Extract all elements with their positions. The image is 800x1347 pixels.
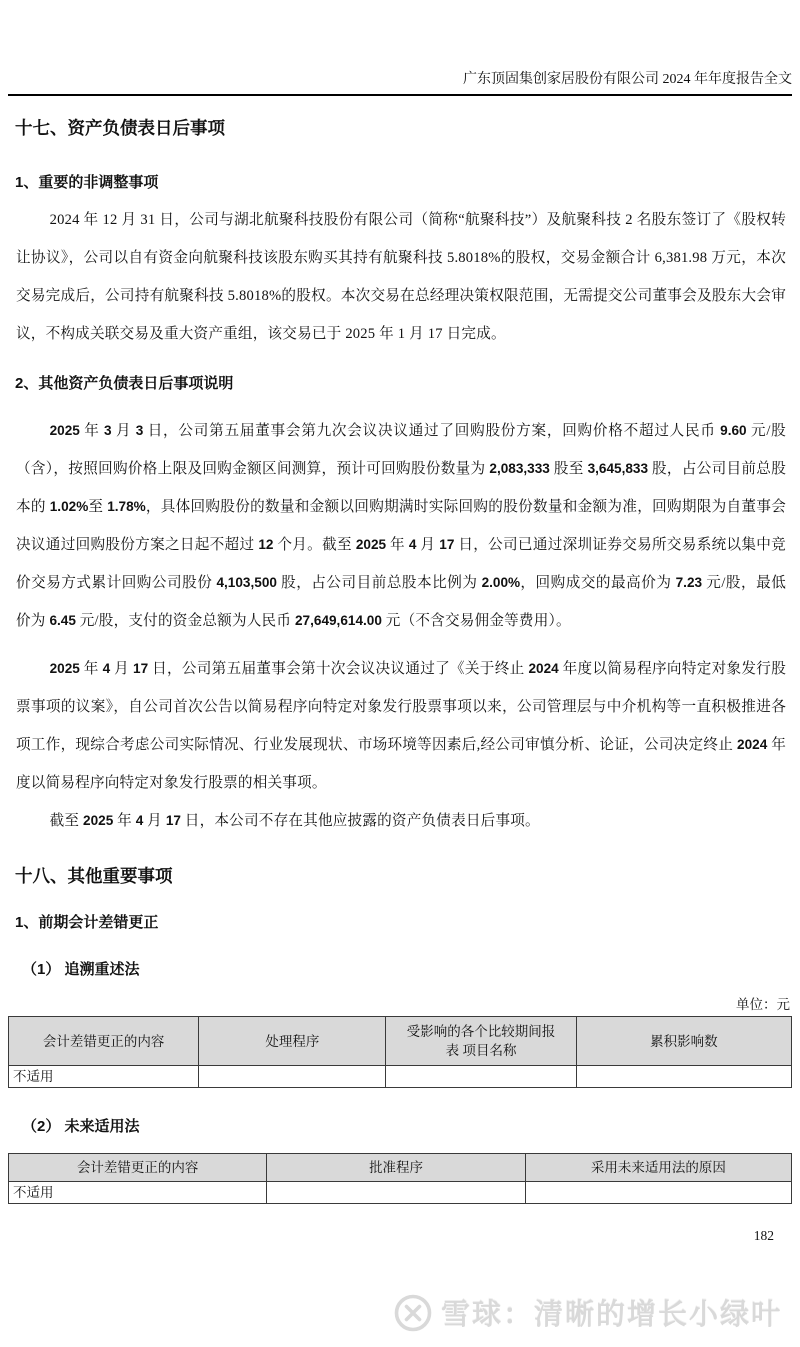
header-rule	[8, 94, 792, 96]
item-1-retrospective-restatement-title: （1） 追溯重述法	[22, 959, 800, 980]
paragraph-terminate-issuance: 2025 年 4 月 17 日，公司第五届董事会第十次会议决议通过了《关于终止 …	[16, 650, 786, 802]
table-row: 不适用	[9, 1066, 792, 1088]
section-18-title: 十八、其他重要事项	[15, 864, 800, 888]
watermark-text: 雪球：清晰的增长小绿叶	[441, 1292, 782, 1333]
column-header: 受影响的各个比较期间报表 项目名称	[386, 1017, 576, 1066]
table-row: 不适用	[9, 1182, 792, 1204]
column-header: 处理程序	[199, 1017, 386, 1066]
table-cell: 不适用	[9, 1066, 199, 1088]
table-cell	[267, 1182, 525, 1204]
column-header: 会计差错更正的内容	[9, 1154, 267, 1182]
section-17-sub1-title: 1、重要的非调整事项	[15, 172, 800, 193]
report-page: { "page": { "header": "广东顶固集创家居股份有限公司 20…	[0, 0, 800, 1347]
table-header-row: 会计差错更正的内容 处理程序 受影响的各个比较期间报表 项目名称 累积影响数	[9, 1017, 792, 1066]
column-header: 会计差错更正的内容	[9, 1017, 199, 1066]
unit-label: 单位：元	[0, 996, 790, 1014]
table-cell	[199, 1066, 386, 1088]
retrospective-restatement-table: 会计差错更正的内容 处理程序 受影响的各个比较期间报表 项目名称 累积影响数 不…	[8, 1016, 792, 1088]
table-cell: 不适用	[9, 1182, 267, 1204]
xueqiu-watermark: 雪球：清晰的增长小绿叶	[393, 1292, 782, 1333]
section-17-title: 十七、资产负债表日后事项	[15, 116, 800, 140]
section-17-sub2-title: 2、其他资产负债表日后事项说明	[15, 373, 800, 394]
report-header-title: 广东顶固集创家居股份有限公司 2024 年年度报告全文	[8, 0, 792, 90]
table-cell	[576, 1066, 791, 1088]
table-header-row: 会计差错更正的内容 批准程序 采用未来适用法的原因	[9, 1154, 792, 1182]
page-number: 182	[754, 1228, 774, 1244]
prospective-application-table: 会计差错更正的内容 批准程序 采用未来适用法的原因 不适用	[8, 1153, 792, 1204]
paragraph-equity-transfer: 2024 年 12 月 31 日，公司与湖北航聚科技股份有限公司（简称“航聚科技…	[16, 201, 786, 353]
xueqiu-logo-icon	[393, 1293, 433, 1333]
table-cell	[386, 1066, 576, 1088]
column-header: 批准程序	[267, 1154, 525, 1182]
paragraph-share-buyback: 2025 年 3 月 3 日，公司第五届董事会第九次会议决议通过了回购股份方案，…	[16, 412, 786, 640]
column-header: 采用未来适用法的原因	[525, 1154, 791, 1182]
item-2-prospective-application-title: （2） 未来适用法	[22, 1116, 800, 1137]
table-cell	[525, 1182, 791, 1204]
section-18-sub1-title: 1、前期会计差错更正	[15, 912, 800, 933]
column-header: 累积影响数	[576, 1017, 791, 1066]
paragraph-no-other-events: 截至 2025 年 4 月 17 日，本公司不存在其他应披露的资产负债表日后事项…	[16, 802, 786, 840]
